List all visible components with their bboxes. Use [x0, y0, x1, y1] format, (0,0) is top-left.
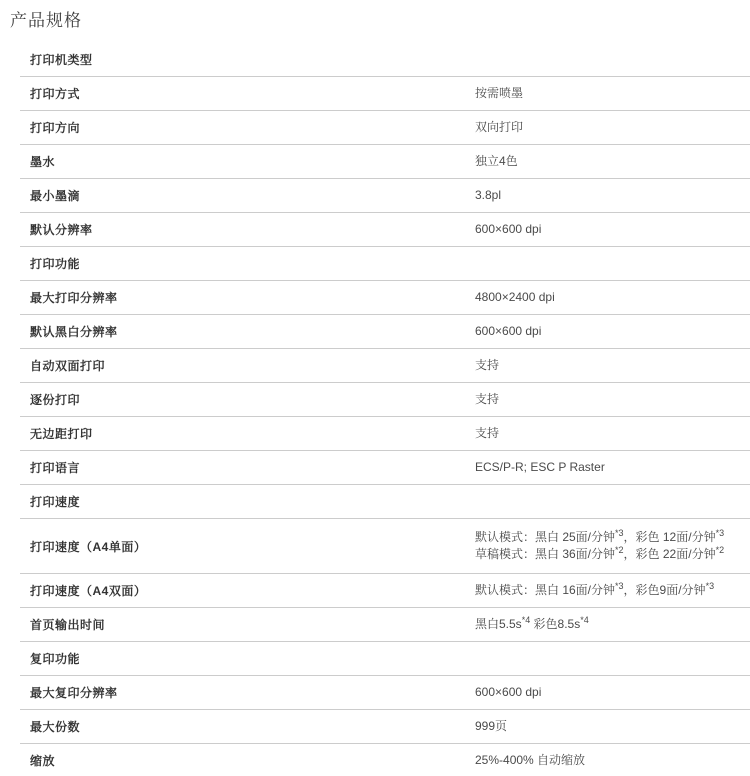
spec-section-header: 打印速度	[20, 493, 475, 510]
spec-row: 最小墨滴 3.8pl	[20, 179, 750, 213]
spec-row: 自动双面打印 支持	[20, 349, 750, 383]
spec-row-value: 支持	[475, 391, 750, 408]
spec-section-row: 打印速度	[20, 485, 750, 519]
footnote-superscript: *4	[580, 615, 589, 625]
spec-row: 默认分辨率 600×600 dpi	[20, 213, 750, 247]
spec-row-value: 默认模式：黑白 25面/分钟*3，彩色 12面/分钟*3草稿模式：黑白 36面/…	[475, 529, 750, 563]
spec-row-value: 999页	[475, 718, 750, 735]
spec-row-label: 打印速度（A4双面）	[20, 582, 475, 599]
spec-row-label: 默认黑白分辨率	[20, 323, 475, 340]
spec-row-label: 无边距打印	[20, 425, 475, 442]
spec-row-label: 打印方式	[20, 85, 475, 102]
spec-row-label: 打印语言	[20, 459, 475, 476]
spec-row-label: 最小墨滴	[20, 187, 475, 204]
spec-section-row: 复印功能	[20, 642, 750, 676]
spec-value-line: 3.8pl	[475, 187, 750, 204]
spec-row: 打印速度（A4单面） 默认模式：黑白 25面/分钟*3，彩色 12面/分钟*3草…	[20, 519, 750, 574]
spec-row-label: 逐份打印	[20, 391, 475, 408]
footnote-superscript: *2	[615, 545, 624, 555]
spec-row: 墨水 独立4色	[20, 145, 750, 179]
spec-row-value: 600×600 dpi	[475, 323, 750, 340]
spec-row-value: 25%-400% 自动缩放	[475, 752, 750, 769]
footnote-superscript: *3	[615, 528, 624, 538]
spec-row: 打印语言 ECS/P-R; ESC P Raster	[20, 451, 750, 485]
spec-row: 打印方式 按需喷墨	[20, 77, 750, 111]
spec-row-value: 按需喷墨	[475, 85, 750, 102]
spec-row-value: 双向打印	[475, 119, 750, 136]
spec-row-label: 打印速度（A4单面）	[20, 538, 475, 555]
spec-value-line: 支持	[475, 391, 750, 408]
footnote-superscript: *3	[706, 581, 715, 591]
spec-value-line: 黑白5.5s*4 彩色8.5s*4	[475, 616, 750, 633]
spec-row-value: 支持	[475, 425, 750, 442]
spec-value-line: 默认模式：黑白 16面/分钟*3，彩色9面/分钟*3	[475, 582, 750, 599]
spec-row: 缩放 25%-400% 自动缩放	[20, 744, 750, 776]
spec-section-row: 打印机类型	[20, 43, 750, 77]
spec-row-value: 支持	[475, 357, 750, 374]
spec-row: 逐份打印 支持	[20, 383, 750, 417]
spec-row-label: 首页输出时间	[20, 616, 475, 633]
spec-value-line: 默认模式：黑白 25面/分钟*3，彩色 12面/分钟*3	[475, 529, 750, 546]
footnote-superscript: *3	[716, 528, 725, 538]
spec-section-header: 复印功能	[20, 650, 475, 667]
spec-row: 最大复印分辨率 600×600 dpi	[20, 676, 750, 710]
spec-value-line: 草稿模式：黑白 36面/分钟*2，彩色 22面/分钟*2	[475, 546, 750, 563]
footnote-superscript: *4	[522, 615, 531, 625]
spec-row-label: 墨水	[20, 153, 475, 170]
spec-row: 打印方向 双向打印	[20, 111, 750, 145]
spec-row-value: 600×600 dpi	[475, 684, 750, 701]
spec-row-label: 默认分辨率	[20, 221, 475, 238]
spec-value-line: 25%-400% 自动缩放	[475, 752, 750, 769]
spec-section-header: 打印机类型	[20, 51, 475, 68]
spec-row: 无边距打印 支持	[20, 417, 750, 451]
spec-value-line: 999页	[475, 718, 750, 735]
spec-section-header: 打印功能	[20, 255, 475, 272]
spec-row: 打印速度（A4双面） 默认模式：黑白 16面/分钟*3，彩色9面/分钟*3	[20, 574, 750, 608]
spec-row-value: 黑白5.5s*4 彩色8.5s*4	[475, 616, 750, 633]
spec-value-line: 600×600 dpi	[475, 221, 750, 238]
spec-value-line: 600×600 dpi	[475, 323, 750, 340]
spec-row: 最大打印分辨率 4800×2400 dpi	[20, 281, 750, 315]
spec-value-line: 4800×2400 dpi	[475, 289, 750, 306]
spec-value-line: 按需喷墨	[475, 85, 750, 102]
spec-row-value: 4800×2400 dpi	[475, 289, 750, 306]
spec-row: 最大份数 999页	[20, 710, 750, 744]
spec-value-line: 支持	[475, 425, 750, 442]
spec-row-value: 600×600 dpi	[475, 221, 750, 238]
spec-row-label: 缩放	[20, 752, 475, 769]
spec-row-label: 自动双面打印	[20, 357, 475, 374]
spec-row-value: 独立4色	[475, 153, 750, 170]
spec-section-row: 打印功能	[20, 247, 750, 281]
spec-row-label: 最大打印分辨率	[20, 289, 475, 306]
page-title: 产品规格	[10, 10, 750, 32]
spec-row-label: 最大复印分辨率	[20, 684, 475, 701]
spec-row-value: ECS/P-R; ESC P Raster	[475, 459, 750, 476]
spec-value-line: ECS/P-R; ESC P Raster	[475, 459, 750, 476]
footnote-superscript: *2	[716, 545, 725, 555]
spec-row-value: 3.8pl	[475, 187, 750, 204]
spec-row-label: 最大份数	[20, 718, 475, 735]
spec-row-label: 打印方向	[20, 119, 475, 136]
spec-row: 默认黑白分辨率 600×600 dpi	[20, 315, 750, 349]
spec-row: 首页输出时间 黑白5.5s*4 彩色8.5s*4	[20, 608, 750, 642]
spec-value-line: 双向打印	[475, 119, 750, 136]
footnote-superscript: *3	[615, 581, 624, 591]
spec-value-line: 600×600 dpi	[475, 684, 750, 701]
spec-value-line: 独立4色	[475, 153, 750, 170]
spec-row-value: 默认模式：黑白 16面/分钟*3，彩色9面/分钟*3	[475, 582, 750, 599]
spec-table: 打印机类型 打印方式 按需喷墨 打印方向 双向打印 墨水 独立4色 最小墨滴 3…	[20, 43, 750, 776]
spec-value-line: 支持	[475, 357, 750, 374]
